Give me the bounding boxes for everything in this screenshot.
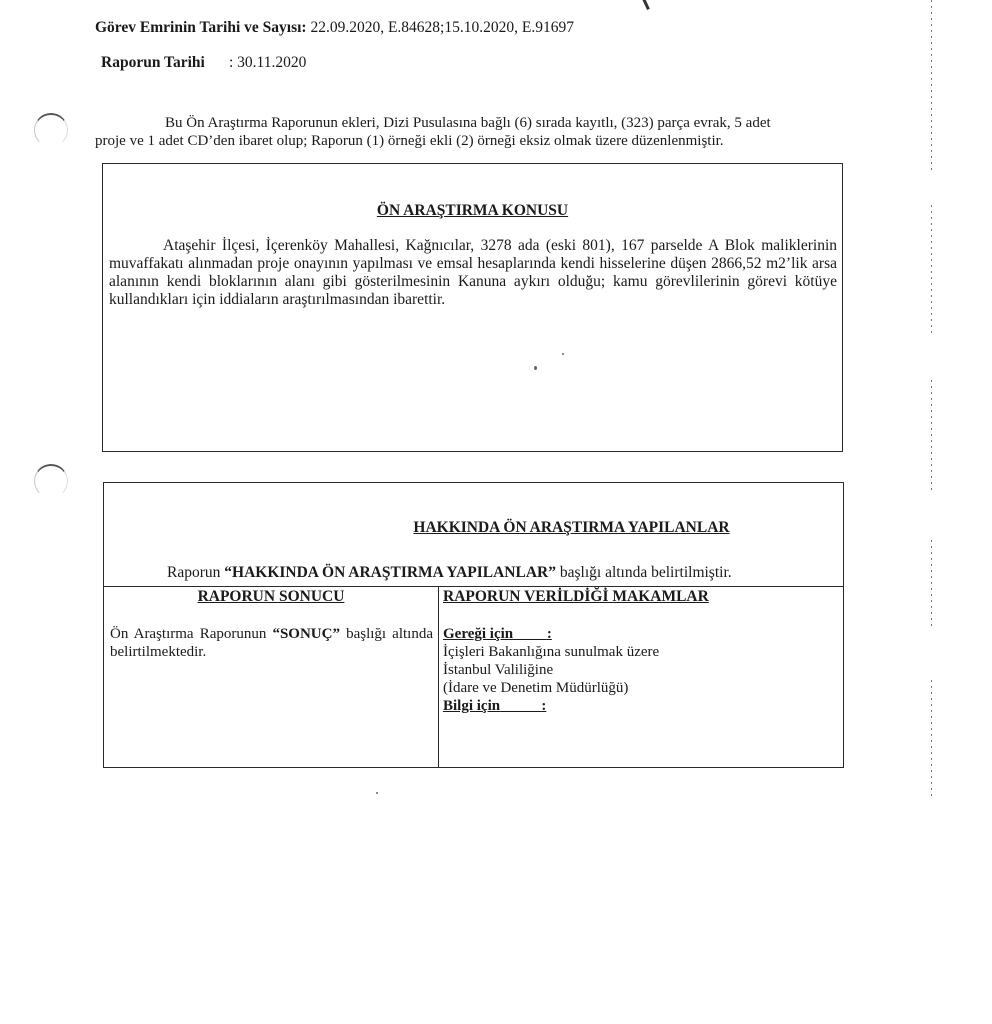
subject-body-text: Ataşehir İlçesi, İçerenköy Mahallesi, Ka… xyxy=(109,237,837,308)
investigated-box: HAKKINDA ÖN ARAŞTIRMA YAPILANLAR Raporun… xyxy=(103,482,844,768)
info-label: Bilgi için : xyxy=(443,697,557,715)
report-date-value: : 30.11.2020 xyxy=(229,54,306,71)
order-value: 22.09.2020, E.84628;15.10.2020, E.91697 xyxy=(307,19,574,36)
investigated-note: Raporun “HAKKINDA ÖN ARAŞTIRMA YAPILANLA… xyxy=(167,564,732,582)
result-text-bold: “SONUÇ” xyxy=(272,626,340,642)
authorities-list: Gereği için : İçişleri Bakanlığına sunul… xyxy=(443,625,659,715)
recipient-1: İçişleri Bakanlığına sunulmak üzere xyxy=(443,643,659,661)
note-suffix: başlığı altında belirtilmiştir. xyxy=(556,564,732,581)
action-row: Gereği için : xyxy=(443,625,659,643)
scan-edge xyxy=(931,680,932,800)
note-prefix: Raporun xyxy=(167,564,224,581)
scan-edge xyxy=(931,205,932,335)
scan-speck xyxy=(376,792,378,794)
scan-edge xyxy=(931,540,932,630)
punch-hole-top xyxy=(34,113,68,147)
authorities-header: RAPORUN VERİLDİĞİ MAKAMLAR xyxy=(443,588,709,606)
report-date: Raporun Tarihi: 30.11.2020 xyxy=(101,54,306,72)
action-label: Gereği için : xyxy=(443,625,557,643)
investigated-title: HAKKINDA ÖN ARAŞTIRMA YAPILANLAR xyxy=(300,519,843,537)
subject-title: ÖN ARAŞTIRMA KONUSU xyxy=(103,202,842,220)
intro-line-1: Bu Ön Araştırma Raporunun ekleri, Dizi P… xyxy=(165,115,771,132)
order-date-number: Görev Emrinin Tarihi ve Sayısı: 22.09.20… xyxy=(95,19,574,37)
authorities-column: RAPORUN VERİLDİĞİ MAKAMLAR Gereği için :… xyxy=(440,587,843,767)
order-label: Görev Emrinin Tarihi ve Sayısı: xyxy=(95,19,307,36)
scan-edge xyxy=(931,380,932,490)
report-date-label: Raporun Tarihi xyxy=(101,54,229,72)
pen-mark xyxy=(641,0,650,10)
scan-edge xyxy=(931,0,932,170)
subject-box: ÖN ARAŞTIRMA KONUSU Ataşehir İlçesi, İçe… xyxy=(102,163,843,452)
intro-line-2: proje ve 1 adet CD’den ibaret olup; Rapo… xyxy=(95,133,724,150)
result-header: RAPORUN SONUCU xyxy=(104,588,438,606)
result-text-prefix: Ön Araştırma Raporunun xyxy=(110,626,272,642)
note-bold: “HAKKINDA ÖN ARAŞTIRMA YAPILANLAR” xyxy=(224,564,556,581)
subject-body: Ataşehir İlçesi, İçerenköy Mahallesi, Ka… xyxy=(109,237,837,309)
result-column: RAPORUN SONUCU Ön Araştırma Raporunun “S… xyxy=(104,587,438,767)
result-text: Ön Araştırma Raporunun “SONUÇ” başlığı a… xyxy=(110,625,433,661)
recipient-2: İstanbul Valiliğine xyxy=(443,661,659,679)
recipient-3: (İdare ve Denetim Müdürlüğü) xyxy=(443,679,659,697)
punch-hole-bottom xyxy=(34,464,68,498)
table-divider-vertical xyxy=(438,587,439,767)
info-row: Bilgi için : xyxy=(443,697,659,715)
